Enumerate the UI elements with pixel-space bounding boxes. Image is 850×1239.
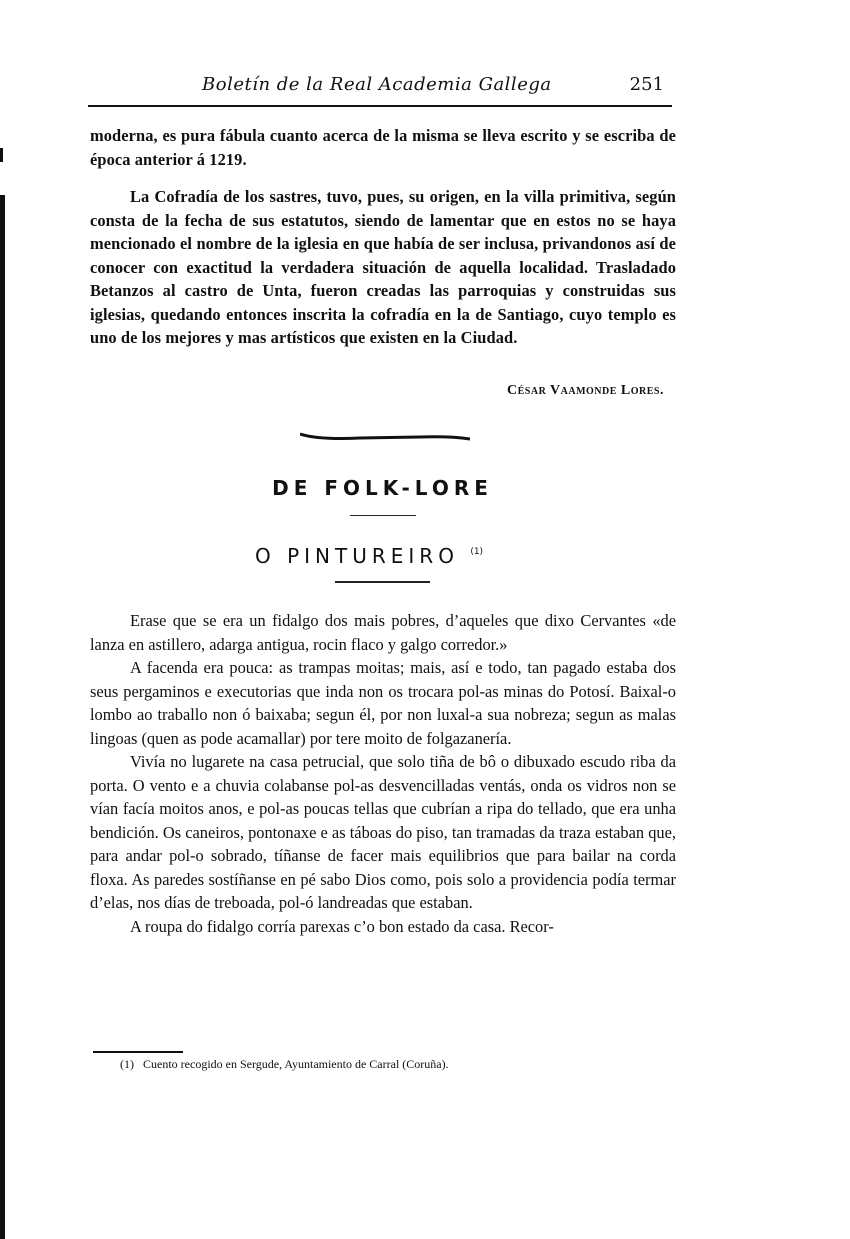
author-signature: César Vaamonde Lores.	[507, 383, 664, 399]
paragraph: Erase que se era un fidalgo dos mais pob…	[90, 609, 676, 656]
running-header: Boletín de la Real Academia Gallega 251	[90, 74, 672, 102]
header-rule	[88, 105, 672, 107]
journal-title: Boletín de la Real Academia Gallega	[202, 74, 552, 95]
paragraph: moderna, es pura fábula cuanto acerca de…	[90, 124, 676, 171]
footnote-marker: (1)	[120, 1057, 134, 1071]
story-text: Erase que se era un fidalgo dos mais pob…	[90, 609, 676, 938]
ornament-divider	[300, 432, 470, 442]
section-title: DE FOLK-LORE	[0, 476, 765, 500]
section-rule	[350, 515, 416, 516]
footnote: (1) Cuento recogido en Sergude, Ayuntami…	[120, 1057, 449, 1072]
paragraph: A roupa do fidalgo corría parexas c’o bo…	[90, 915, 676, 939]
footnote-text: Cuento recogido en Sergude, Ayuntamiento…	[143, 1057, 449, 1071]
story-title-rule	[335, 581, 430, 583]
paragraph: Vivía no lugarete na casa petrucial, que…	[90, 750, 676, 915]
story-title: O PINTUREIRO (1)	[255, 544, 483, 568]
page-number: 251	[630, 74, 664, 95]
scan-edge-bar	[0, 195, 5, 1239]
paragraph: La Cofradía de los sastres, tuvo, pues, …	[90, 185, 676, 350]
footnote-rule	[93, 1051, 183, 1053]
footnote-reference: (1)	[470, 547, 483, 557]
story-title-text: O PINTUREIRO	[255, 544, 459, 568]
paragraph: A facenda era pouca: as trampas moitas; …	[90, 656, 676, 750]
scan-edge-mark	[0, 148, 3, 162]
article-end-text: moderna, es pura fábula cuanto acerca de…	[90, 124, 676, 350]
